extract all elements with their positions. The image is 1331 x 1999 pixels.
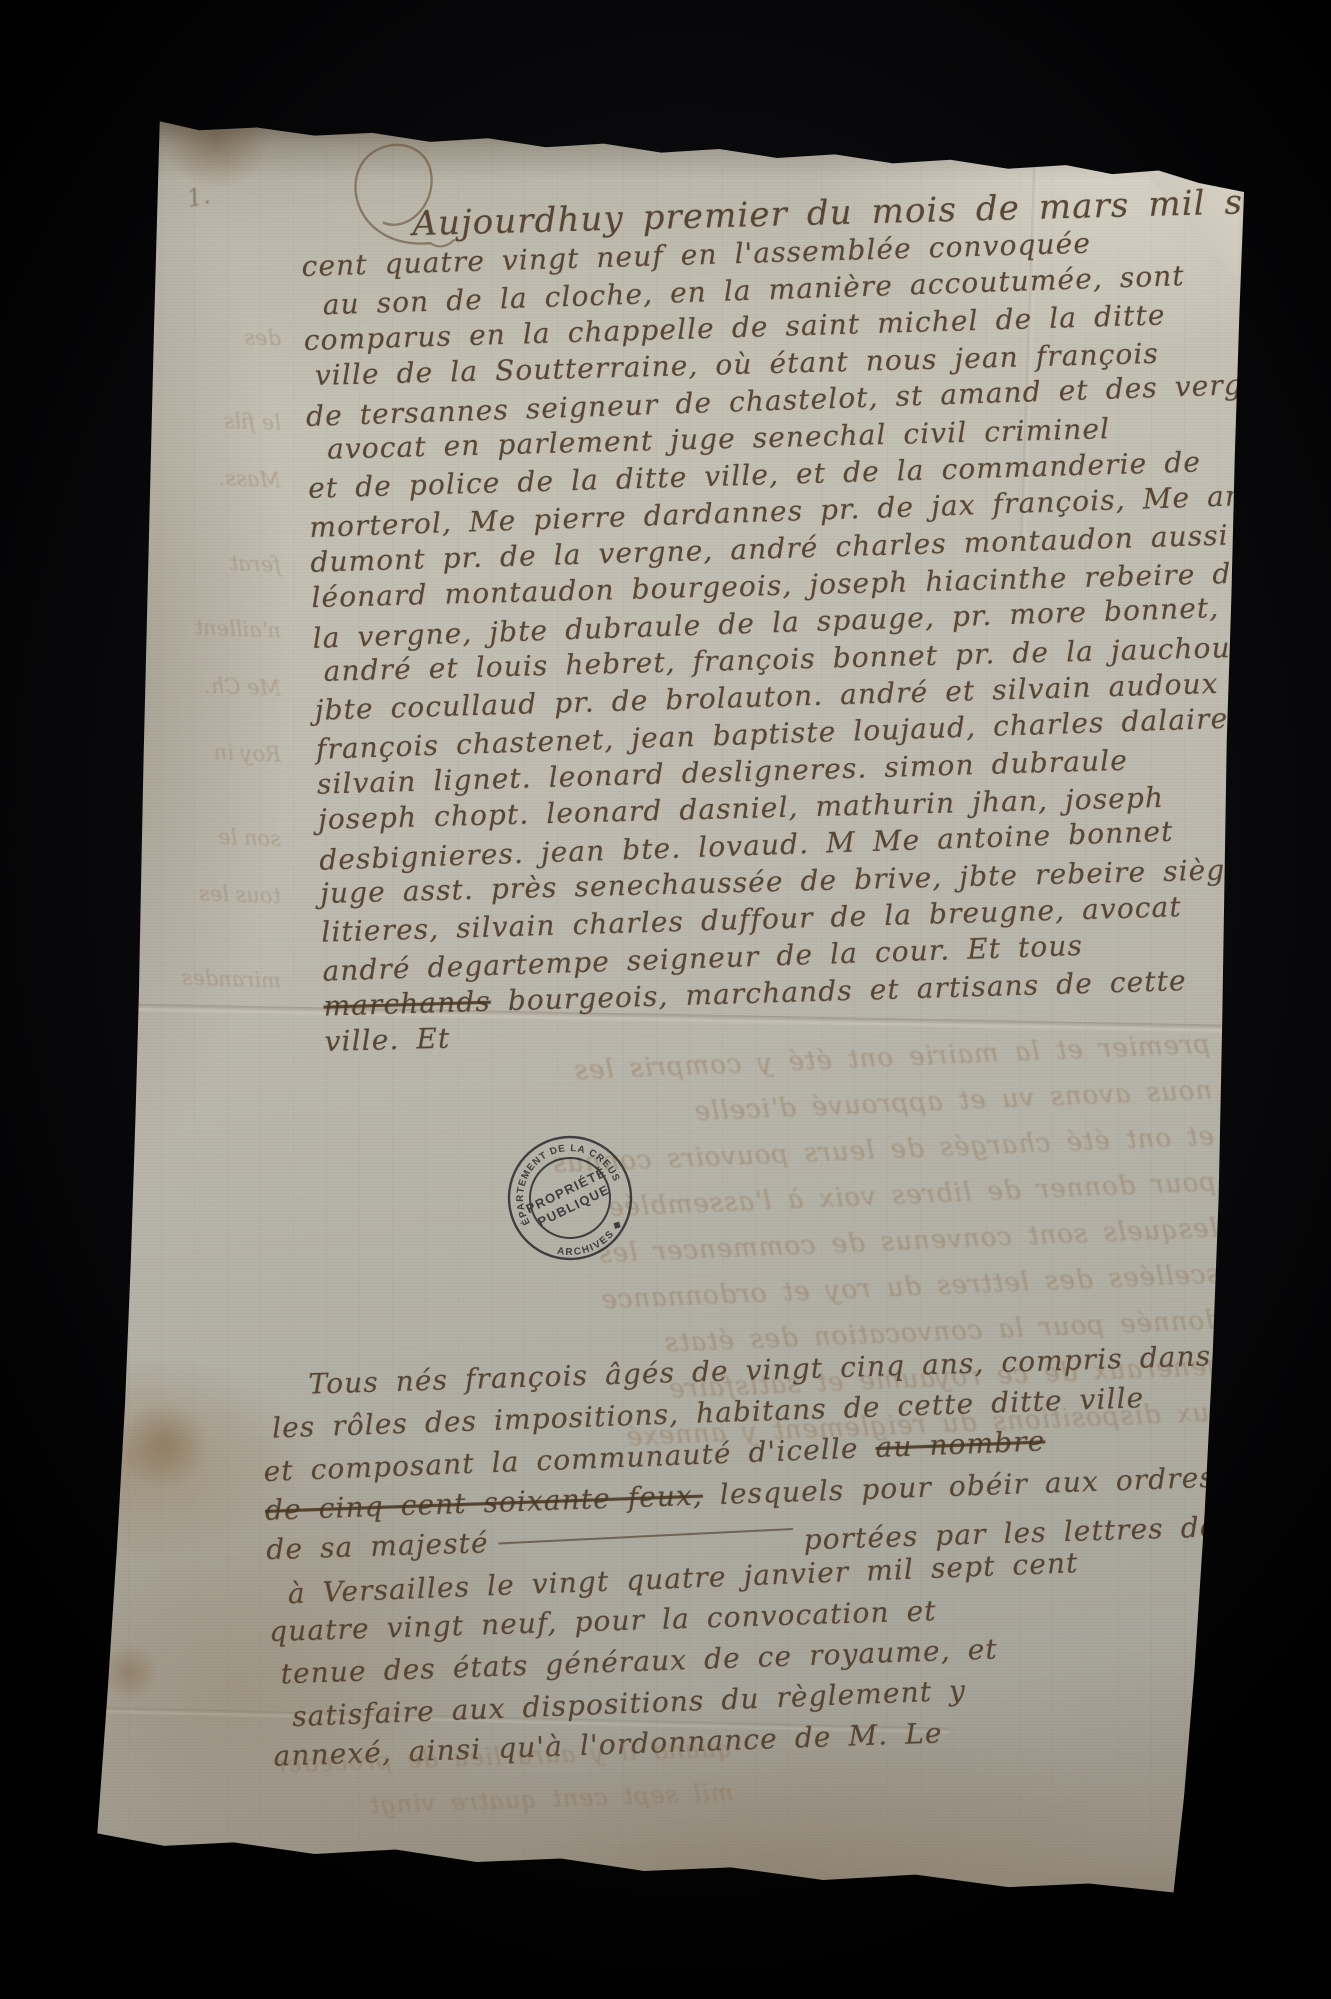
bleed-snippet: mirandes	[111, 960, 282, 996]
verso-bleed-bottom: quand il y aura lieu de proceder mil sep…	[132, 1727, 735, 1836]
bleed-snippet: Me Ch.	[155, 669, 282, 703]
struck-words: au nombre	[875, 1424, 1046, 1464]
photo-backdrop: 1. des le fils Mass. ferat n'aillent Me …	[0, 0, 1331, 1999]
bleed-snippet: Roy in	[129, 734, 282, 769]
line-text: de sa majesté	[266, 1526, 489, 1566]
verso-bleed-margin: des le fils Mass. ferat n'aillent Me Ch.…	[111, 285, 281, 993]
handwritten-text-upper: Aujourdhuy premier du mois de mars mil s…	[300, 183, 1285, 1062]
bleed-snippet: tous les	[155, 877, 282, 911]
margin-mark: 1.	[184, 181, 212, 213]
bleed-snippet: son le	[111, 818, 282, 854]
bleed-snippet: Mass.	[155, 461, 282, 495]
handwritten-text-lower: Tous nés françois âgés de vingt cinq ans…	[260, 1333, 1254, 1777]
bleed-snippet: n'aillent	[129, 610, 282, 645]
bleed-snippet: ferat	[111, 544, 282, 580]
bleed-snippet: des	[129, 318, 282, 353]
strike-rule	[499, 1528, 794, 1544]
manuscript-page: 1. des le fils Mass. ferat n'aillent Me …	[95, 115, 1251, 1905]
bleed-snippet: le fils	[111, 402, 282, 438]
struck-word: marchands	[323, 985, 491, 1023]
